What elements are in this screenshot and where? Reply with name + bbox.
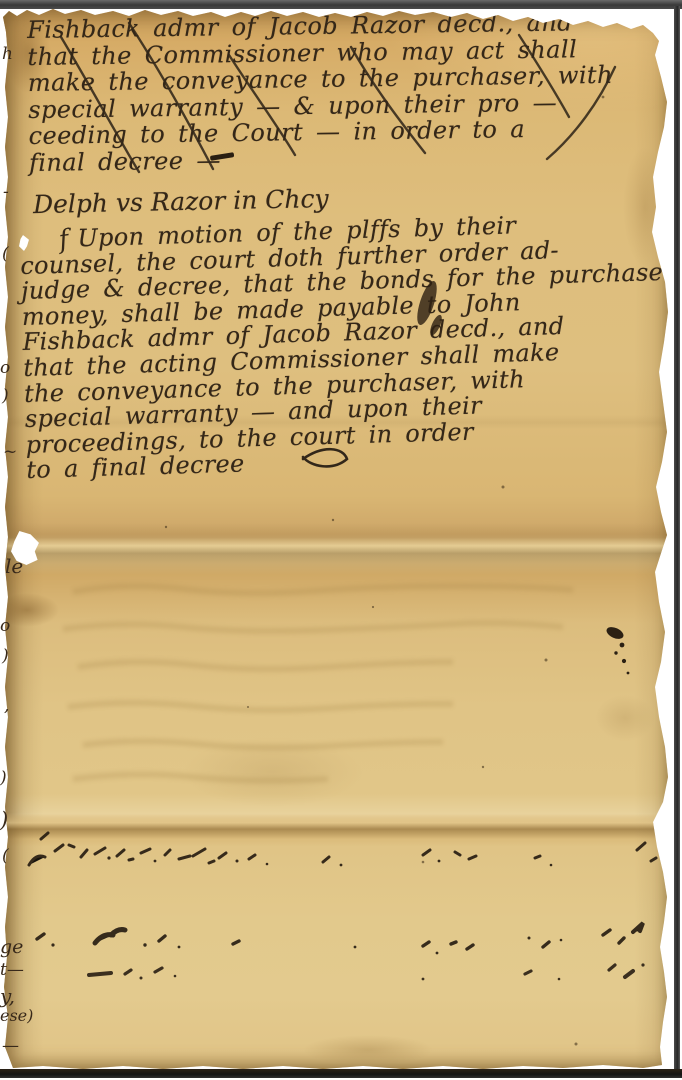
case-caption: Delph vs Razor in Chcy bbox=[33, 184, 329, 219]
scanned-document-page: Fishback admr of Jacob Razor decd., andt… bbox=[0, 0, 682, 1080]
scan-frame-right-edge bbox=[674, 6, 680, 1072]
ink-blot-band-lower bbox=[89, 963, 645, 980]
bottom-stain bbox=[303, 1035, 433, 1065]
scan-frame-top-edge bbox=[0, 0, 682, 9]
ink-stain bbox=[0, 593, 59, 627]
court-order-paragraph: Upon motion of the plffs by theircounsel… bbox=[19, 209, 669, 484]
margin-ink-fragment: ) bbox=[0, 770, 7, 787]
ink-blot-band-upper bbox=[29, 833, 656, 866]
faint-stain bbox=[595, 695, 655, 741]
faint-stain bbox=[183, 737, 363, 807]
manuscript-paper: Fishback admr of Jacob Razor decd., andt… bbox=[3, 7, 675, 1070]
ink-speck-cluster bbox=[605, 625, 630, 675]
paper-tear-hole bbox=[11, 531, 39, 565]
ink-blot-band-middle bbox=[37, 923, 643, 954]
struck-out-paragraph: Fishback admr of Jacob Razor decd., andt… bbox=[27, 9, 614, 176]
paper-fold-lower bbox=[3, 813, 675, 839]
scan-frame-bottom-edge bbox=[0, 1069, 682, 1078]
bleed-through-writing bbox=[63, 586, 573, 781]
paper-fold-middle bbox=[3, 523, 675, 575]
